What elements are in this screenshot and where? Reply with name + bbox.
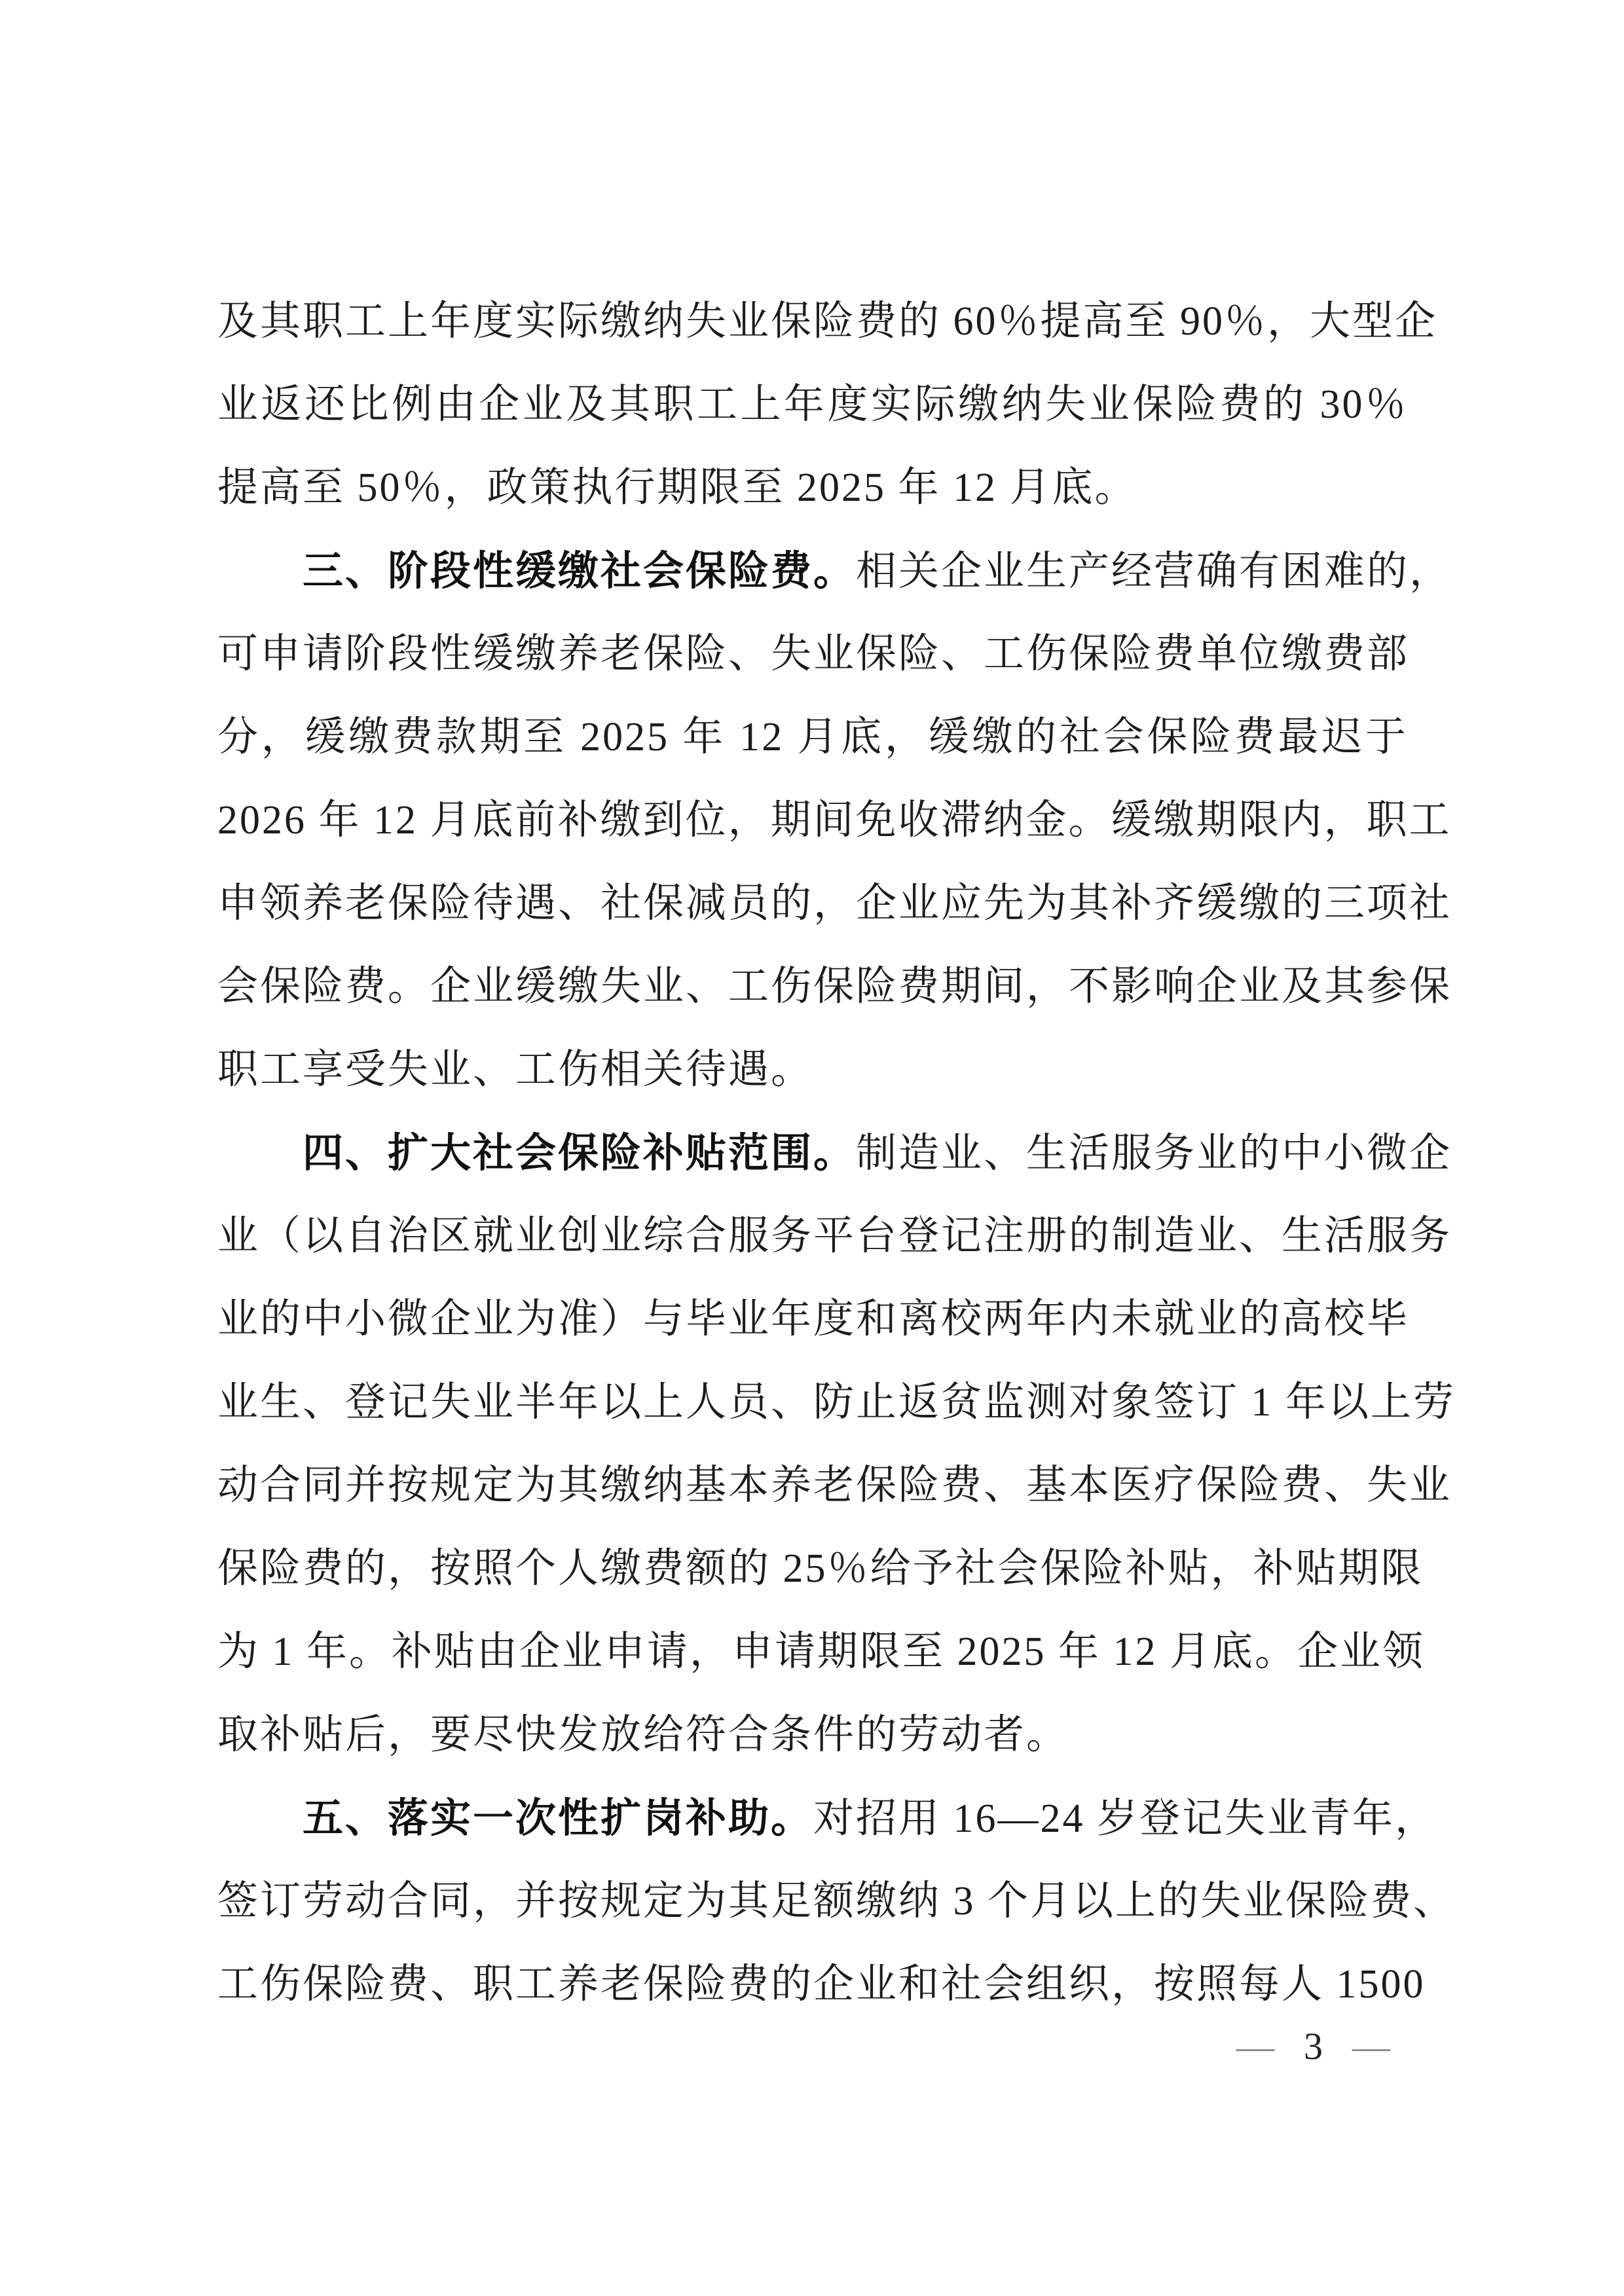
page-number-left-dash: — [1236, 2027, 1274, 2066]
body-text: 业的中小微企业为准）与毕业年度和离校两年内未就业的高校毕 [217, 1297, 1409, 1341]
section-heading: 五、落实一次性扩岗补助。 [303, 1796, 813, 1841]
paragraph: 三、阶段性缓缴社会保险费。相关企业生产经营确有困难的，可申请阶段性缓缴养老保险、… [217, 530, 1408, 1112]
text-line: 五、落实一次性扩岗补助。对招用 16—24 岁登记失业青年， [217, 1777, 1408, 1860]
text-line: 申领养老保险待遇、社保减员的，企业应先为其补齐缓缴的三项社 [217, 862, 1408, 945]
text-line: 取补贴后，要尽快发放给符合条件的劳动者。 [217, 1694, 1408, 1777]
text-line: 动合同并按规定为其缴纳基本养老保险费、基本医疗保险费、失业 [217, 1444, 1408, 1527]
body-text: 业生、登记失业半年以上人员、防止返贫监测对象签订 1 年以上劳 [217, 1380, 1456, 1425]
section-heading: 四、扩大社会保险补贴范围。 [303, 1131, 856, 1176]
body-text: 业返还比例由企业及其职工上年度实际缴纳失业保险费的 30％ [217, 382, 1408, 427]
text-line: 职工享受失业、工伤相关待遇。 [217, 1029, 1408, 1112]
body-text: 相关企业生产经营确有困难的， [856, 549, 1452, 594]
body-text: 分，缓缴费款期至 2025 年 12 月底，缓缴的社会保险费最迟于 [217, 715, 1408, 759]
body-text: 动合同并按规定为其缴纳基本养老保险费、基本医疗保险费、失业 [217, 1463, 1452, 1508]
page-number-value: 3 [1304, 2027, 1323, 2066]
page-number: — 3 — [1236, 2027, 1390, 2066]
section-heading: 三、阶段性缓缴社会保险费。 [303, 549, 856, 594]
document-body: 及其职工上年度实际缴纳失业保险费的 60％提高至 90％，大型企业返还比例由企业… [217, 280, 1408, 2026]
text-line: 提高至 50％，政策执行期限至 2025 年 12 月底。 [217, 446, 1408, 530]
body-text: 对招用 16—24 岁登记失业青年， [813, 1796, 1437, 1841]
body-text: 业（以自治区就业创业综合服务平台登记注册的制造业、生活服务 [217, 1214, 1452, 1258]
page-number-right-dash: — [1352, 2027, 1390, 2066]
paragraph: 及其职工上年度实际缴纳失业保险费的 60％提高至 90％，大型企业返还比例由企业… [217, 280, 1408, 530]
body-text: 及其职工上年度实际缴纳失业保险费的 60％提高至 90％，大型企 [217, 299, 1437, 344]
text-line: 可申请阶段性缓缴养老保险、失业保险、工伤保险费单位缴费部 [217, 613, 1408, 696]
text-line: 会保险费。企业缓缴失业、工伤保险费期间，不影响企业及其参保 [217, 945, 1408, 1029]
body-text: 提高至 50％，政策执行期限至 2025 年 12 月底。 [217, 465, 1137, 510]
text-line: 2026 年 12 月底前补缴到位，期间免收滞纳金。缓缴期限内，职工 [217, 779, 1408, 862]
body-text: 为 1 年。补贴由企业申请，申请期限至 2025 年 12 月底。企业领 [217, 1630, 1425, 1674]
text-line: 工伤保险费、职工养老保险费的企业和社会组织，按照每人 1500 [217, 1943, 1408, 2026]
text-line: 为 1 年。补贴由企业申请，申请期限至 2025 年 12 月底。企业领 [217, 1611, 1408, 1694]
body-text: 2026 年 12 月底前补缴到位，期间免收滞纳金。缓缴期限内，职工 [217, 798, 1452, 843]
body-text: 签订劳动合同，并按规定为其足额缴纳 3 个月以上的失业保险费、 [217, 1879, 1456, 1923]
text-line: 保险费的，按照个人缴费额的 25％给予社会保险补贴，补贴期限 [217, 1527, 1408, 1611]
text-line: 及其职工上年度实际缴纳失业保险费的 60％提高至 90％，大型企 [217, 280, 1408, 363]
document-page: 及其职工上年度实际缴纳失业保险费的 60％提高至 90％，大型企业返还比例由企业… [0, 0, 1624, 2296]
paragraph: 四、扩大社会保险补贴范围。制造业、生活服务业的中小微企业（以自治区就业创业综合服… [217, 1112, 1408, 1777]
body-text: 会保险费。企业缓缴失业、工伤保险费期间，不影响企业及其参保 [217, 964, 1452, 1009]
body-text: 取补贴后，要尽快发放给符合条件的劳动者。 [217, 1713, 1069, 1757]
text-line: 分，缓缴费款期至 2025 年 12 月底，缓缴的社会保险费最迟于 [217, 696, 1408, 779]
text-line: 业生、登记失业半年以上人员、防止返贫监测对象签订 1 年以上劳 [217, 1361, 1408, 1444]
paragraph: 五、落实一次性扩岗补助。对招用 16—24 岁登记失业青年，签订劳动合同，并按规… [217, 1777, 1408, 2026]
text-line: 业（以自治区就业创业综合服务平台登记注册的制造业、生活服务 [217, 1195, 1408, 1278]
body-text: 可申请阶段性缓缴养老保险、失业保险、工伤保险费单位缴费部 [217, 632, 1409, 676]
text-line: 业返还比例由企业及其职工上年度实际缴纳失业保险费的 30％ [217, 363, 1408, 446]
body-text: 制造业、生活服务业的中小微企 [856, 1131, 1452, 1176]
text-line: 三、阶段性缓缴社会保险费。相关企业生产经营确有困难的， [217, 530, 1408, 613]
text-line: 签订劳动合同，并按规定为其足额缴纳 3 个月以上的失业保险费、 [217, 1860, 1408, 1943]
body-text: 工伤保险费、职工养老保险费的企业和社会组织，按照每人 1500 [217, 1962, 1426, 2007]
body-text: 职工享受失业、工伤相关待遇。 [217, 1048, 813, 1092]
body-text: 保险费的，按照个人缴费额的 25％给予社会保险补贴，补贴期限 [217, 1546, 1424, 1591]
body-text: 申领养老保险待遇、社保减员的，企业应先为其补齐缓缴的三项社 [217, 881, 1452, 926]
text-line: 四、扩大社会保险补贴范围。制造业、生活服务业的中小微企 [217, 1112, 1408, 1195]
text-line: 业的中小微企业为准）与毕业年度和离校两年内未就业的高校毕 [217, 1278, 1408, 1361]
